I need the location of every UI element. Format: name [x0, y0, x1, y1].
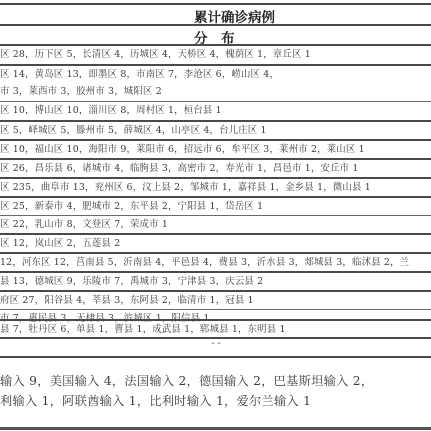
table-row: 区 22，乳山市 8，文登区 7，荣成市 1 — [0, 216, 431, 233]
empty-value: -- — [210, 338, 222, 349]
row-text: 区 235，曲阜市 13，兖州区 6，汶上县 2，邹城市 1，嘉祥县 1，金乡县… — [0, 179, 371, 196]
table-row: 区 14，黄岛区 13，即墨区 8，市南区 7，李沧区 6，崂山区 4， — [0, 66, 431, 83]
imported-cases-line-1: 输入 9，美国输入 4，法国输入 2，德国输入 2，巴基斯坦输入 2， — [0, 372, 373, 389]
row-text: 区 10，博山区 10，淄川区 8，周村区 1，桓台县 1 — [0, 102, 222, 119]
row-text: 区 12，岚山区 2，五莲县 2 — [0, 235, 120, 252]
page-bottom-border — [0, 427, 431, 430]
table-row: 区 12，岚山区 2，五莲县 2 — [0, 235, 431, 252]
table-row: 区 10，博山区 10，淄川区 8，周村区 1，桓台县 1 — [0, 102, 431, 119]
row-text: 区 22，乳山市 8，文登区 7，荣成市 1 — [0, 216, 168, 233]
row-text: 12，河东区 12，莒南县 5，沂南县 4，平邑县 4，费县 3，沂水县 3，郯… — [0, 254, 409, 271]
table-row: 区 26，昌乐县 6，诸城市 4，临朐县 3，高密市 2，寿光市 1，昌邑市 1… — [0, 160, 431, 177]
table-row: 县 13，德城区 9，乐陵市 7，禹城市 3，宁津县 3，庆云县 2 — [0, 273, 431, 290]
row-text: 府区 27，阳谷县 4，莘县 3，东阿县 2，临清市 1，冠县 1 — [0, 292, 254, 309]
table-row: 12，河东区 12，莒南县 5，沂南县 4，平邑县 4，费县 3，沂水县 3，郯… — [0, 254, 431, 271]
row-text: 区 10，福山区 10，海阳市 9，莱阳市 6，招远市 6，牟平区 3，莱州市 … — [0, 141, 365, 158]
row-text: 县 7，牡丹区 6，单县 1，曹县 1，成武县 1，郓城县 1，东明县 1 — [0, 321, 286, 338]
case-distribution-table: 累计确诊病例 分 布 区 28，历下区 5，长清区 4，历城区 4，天桥区 4，… — [0, 0, 431, 431]
table-row: 区 5，峄城区 5，滕州市 5，薛城区 4，山亭区 4，台儿庄区 1 — [0, 122, 431, 139]
row-text: 区 25，新泰市 4，肥城市 2，东平县 2，宁阳县 1，岱岳区 1 — [0, 198, 263, 215]
row-text: 区 5，峄城区 5，滕州市 5，薛城区 4，山亭区 4，台儿庄区 1 — [0, 122, 267, 139]
table-row: 县 7，牡丹区 6，单县 1，曹县 1，成武县 1，郓城县 1，东明县 1 — [0, 321, 431, 338]
table-row: 区 25，新泰市 4，肥城市 2，东平县 2，宁阳县 1，岱岳区 1 — [0, 198, 431, 215]
imported-cases-line-2: 利输入 1，阿联酋输入 1，比利时输入 1，爱尔兰输入 1 — [0, 392, 311, 409]
table-row: 区 10，福山区 10，海阳市 9，莱阳市 6，招远市 6，牟平区 3，莱州市 … — [0, 141, 431, 158]
table-row: 府区 27，阳谷县 4，莘县 3，东阿县 2，临清市 1，冠县 1 — [0, 292, 431, 309]
row-text: 市 3，莱西市 3，胶州市 3，城阳区 2 — [0, 83, 162, 100]
table-title: 累计确诊病例 — [194, 6, 275, 26]
table-row: 区 28，历下区 5，长清区 4，历城区 4，天桥区 4，槐荫区 1，章丘区 1 — [0, 46, 431, 63]
table-top-border — [0, 3, 431, 5]
row-text: 区 28，历下区 5，长清区 4，历城区 4，天桥区 4，槐荫区 1，章丘区 1 — [0, 46, 311, 63]
table-row: 市 3，莱西市 3，胶州市 3，城阳区 2 — [0, 83, 431, 100]
row-text: 区 14，黄岛区 13，即墨区 8，市南区 7，李沧区 6，崂山区 4， — [0, 66, 279, 83]
row-text: 区 26，昌乐县 6，诸城市 4，临朐县 3，高密市 2，寿光市 1，昌邑市 1… — [0, 160, 359, 177]
table-row: 区 235，曲阜市 13，兖州区 6，汶上县 2，邹城市 1，嘉祥县 1，金乡县… — [0, 179, 431, 196]
row-text: 县 13，德城区 9，乐陵市 7，禹城市 3，宁津县 3，庆云县 2 — [0, 273, 263, 290]
table-bottom-border — [0, 356, 431, 358]
divider — [0, 24, 431, 26]
